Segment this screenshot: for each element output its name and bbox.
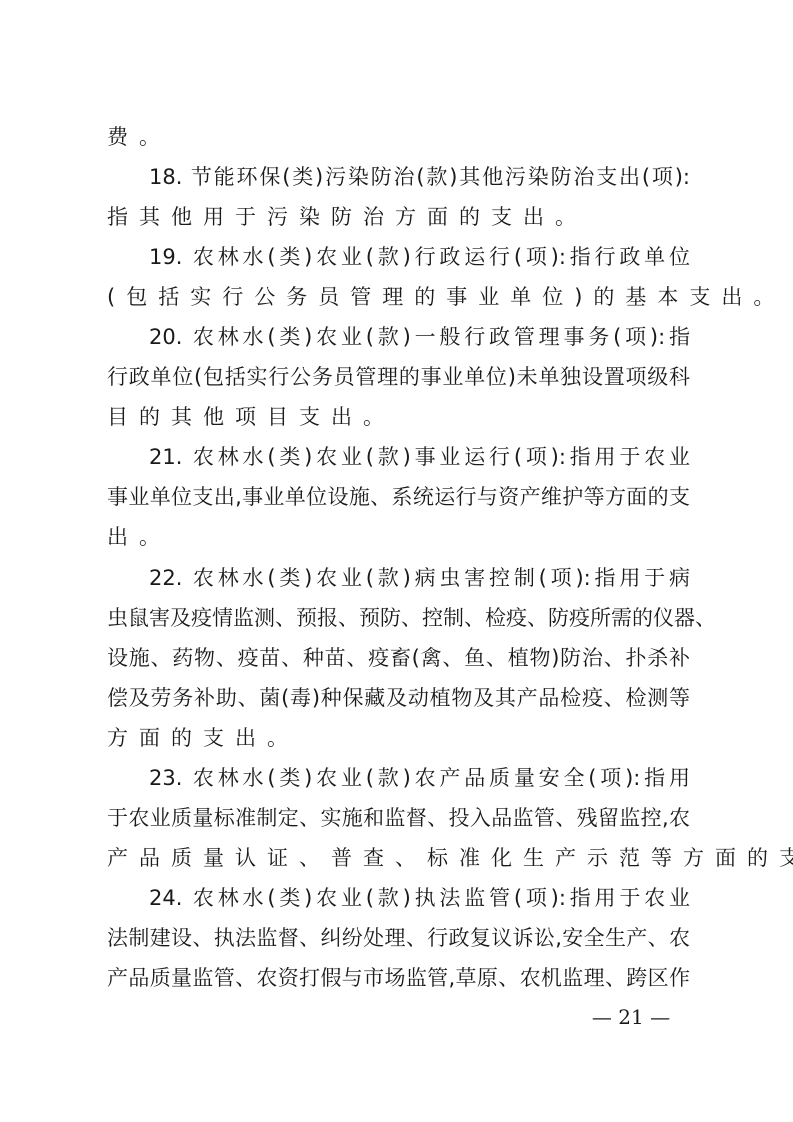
paragraph-line: 设施、药物、疫苗、种苗、疫畜(禽、鱼、植物)防治、扑杀补 [107, 638, 690, 678]
paragraph-line: 目的其他项目支出。 [107, 397, 690, 437]
document-body: 费。 18. 节能环保(类)污染防治(款)其他污染防治支出(项): 指其他用于污… [107, 117, 690, 998]
paragraph-line: 方面的支出。 [107, 718, 690, 758]
paragraph-line: 偿及劳务补助、菌(毒)种保藏及动植物及其产品检疫、检测等 [107, 678, 690, 718]
paragraph-line-item-18: 18. 节能环保(类)污染防治(款)其他污染防治支出(项): [107, 157, 690, 197]
paragraph-line: 产品质量认证、普查、标准化生产示范等方面的支出。 [107, 838, 690, 878]
page-number: — 21 — [585, 1004, 677, 1030]
paragraph-line-item-19: 19. 农林水(类)农业(款)行政运行(项):指行政单位 [107, 237, 690, 277]
paragraph-line-item-24: 24. 农林水(类)农业(款)执法监管(项):指用于农业 [107, 878, 690, 918]
paragraph-line: 出。 [107, 517, 690, 557]
paragraph-line: 指其他用于污染防治方面的支出。 [107, 197, 690, 237]
paragraph-line: 行政单位(包括实行公务员管理的事业单位)未单独设置项级科 [107, 357, 690, 397]
paragraph-line: 于农业质量标准制定、实施和监督、投入品监管、残留监控,农 [107, 798, 690, 838]
paragraph-line: 法制建设、执法监督、纠纷处理、行政复议诉讼,安全生产、农 [107, 918, 690, 958]
paragraph-line: 费。 [107, 117, 690, 157]
paragraph-line-item-20: 20. 农林水(类)农业(款)一般行政管理事务(项):指 [107, 317, 690, 357]
paragraph-line-item-21: 21. 农林水(类)农业(款)事业运行(项):指用于农业 [107, 437, 690, 477]
paragraph-line: (包括实行公务员管理的事业单位)的基本支出。 [107, 277, 690, 317]
paragraph-line-item-23: 23. 农林水(类)农业(款)农产品质量安全(项):指用 [107, 758, 690, 798]
paragraph-line: 虫鼠害及疫情监测、预报、预防、控制、检疫、防疫所需的仪器、 [107, 598, 690, 638]
paragraph-line: 产品质量监管、农资打假与市场监管,草原、农机监理、跨区作 [107, 958, 690, 998]
paragraph-line: 事业单位支出,事业单位设施、系统运行与资产维护等方面的支 [107, 477, 690, 517]
document-page: 费。 18. 节能环保(类)污染防治(款)其他污染防治支出(项): 指其他用于污… [0, 0, 793, 1122]
paragraph-line-item-22: 22. 农林水(类)农业(款)病虫害控制(项):指用于病 [107, 558, 690, 598]
